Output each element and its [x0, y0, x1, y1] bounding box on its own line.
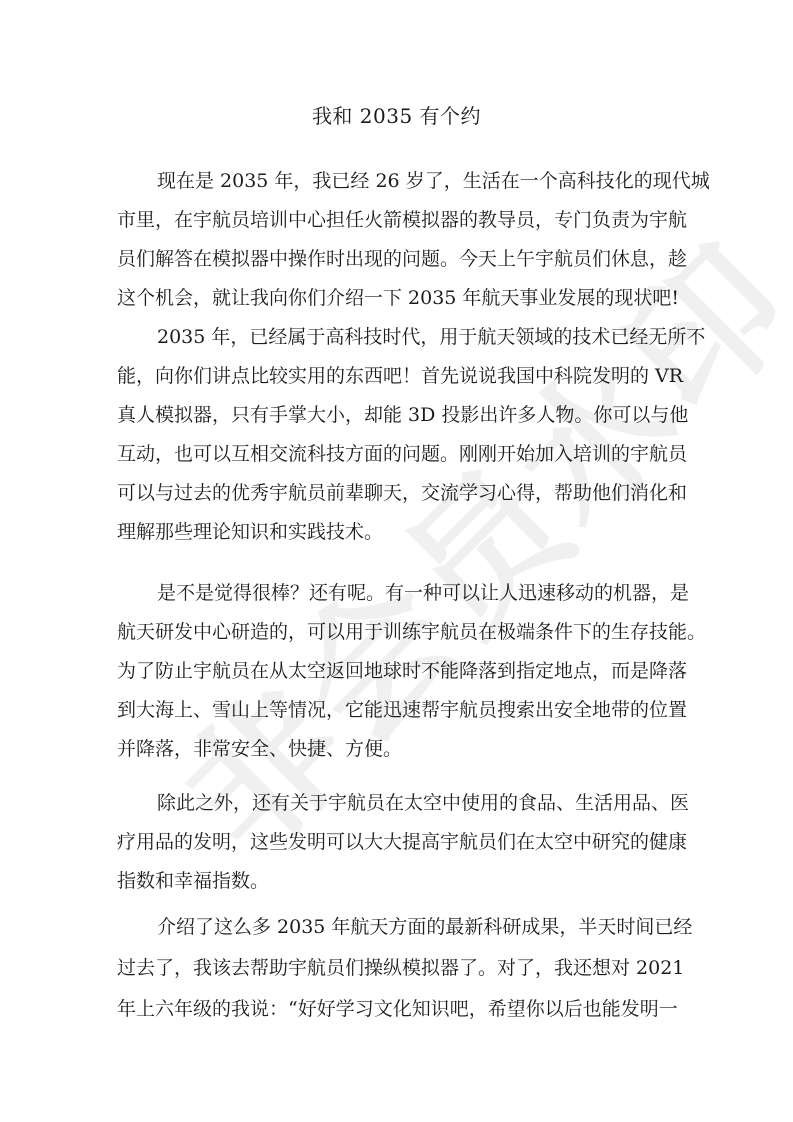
- paragraph-line: 理解那些理论知识和实践技术。: [117, 519, 677, 545]
- paragraph-line: 过去了，我该去帮助宇航员们操纵模拟器了。对了，我还想对 2021: [117, 955, 677, 981]
- paragraph-line: 指数和幸福指数。: [117, 868, 677, 894]
- paragraph-line: 现在是 2035 年，我已经 26 岁了，生活在一个高科技化的现代城: [157, 168, 677, 194]
- paragraph-line: 员们解答在模拟器中操作时出现的问题。今天上午宇航员们休息，趁: [117, 246, 677, 272]
- paragraph-line: 真人模拟器，只有手掌大小，却能 3D 投影出许多人物。你可以与他: [117, 402, 677, 428]
- paragraph-line: 介绍了这么多 2035 年航天方面的最新科研成果，半天时间已经: [157, 914, 677, 940]
- document-title: 我和 2035 有个约: [0, 101, 793, 131]
- paragraph-line: 并降落，非常安全、快捷、方便。: [117, 736, 677, 762]
- paragraph-line: 这个机会，就让我向你们介绍一下 2035 年航天事业发展的现状吧!: [117, 285, 677, 311]
- paragraph-line: 是不是觉得很棒？还有呢。有一种可以让人迅速移动的机器，是: [157, 580, 677, 606]
- paragraph-line: 到大海上、雪山上等情况，它能迅速帮宇航员搜索出安全地带的位置: [117, 697, 677, 723]
- paragraph-line: 互动，也可以互相交流科技方面的问题。刚刚开始加入培训的宇航员: [117, 441, 677, 467]
- paragraph-line: 能，向你们讲点比较实用的东西吧！首先说说我国中科院发明的 VR: [117, 363, 677, 389]
- paragraph-line: 市里，在宇航员培训中心担任火箭模拟器的教导员，专门负责为宇航: [117, 207, 677, 233]
- paragraph-line: 疗用品的发明，这些发明可以大大提高宇航员们在太空中研究的健康: [117, 829, 677, 855]
- document-page: 非会员水印 我和 2035 有个约 现在是 2035 年，我已经 26 岁了，生…: [0, 0, 793, 1122]
- paragraph-line: 航天研发中心研造的，可以用于训练宇航员在极端条件下的生存技能。: [117, 619, 677, 645]
- paragraph-line: 除此之外，还有关于宇航员在太空中使用的食品、生活用品、医: [157, 790, 677, 816]
- paragraph-line: 年上六年级的我说：“好好学习文化知识吧，希望你以后也能发明一: [117, 996, 677, 1022]
- paragraph-line: 可以与过去的优秀宇航员前辈聊天，交流学习心得，帮助他们消化和: [117, 480, 677, 506]
- paragraph-line: 2035 年，已经属于高科技时代，用于航天领域的技术已经无所不: [157, 324, 677, 350]
- paragraph-line: 为了防止宇航员在从太空返回地球时不能降落到指定地点，而是降落: [117, 658, 677, 684]
